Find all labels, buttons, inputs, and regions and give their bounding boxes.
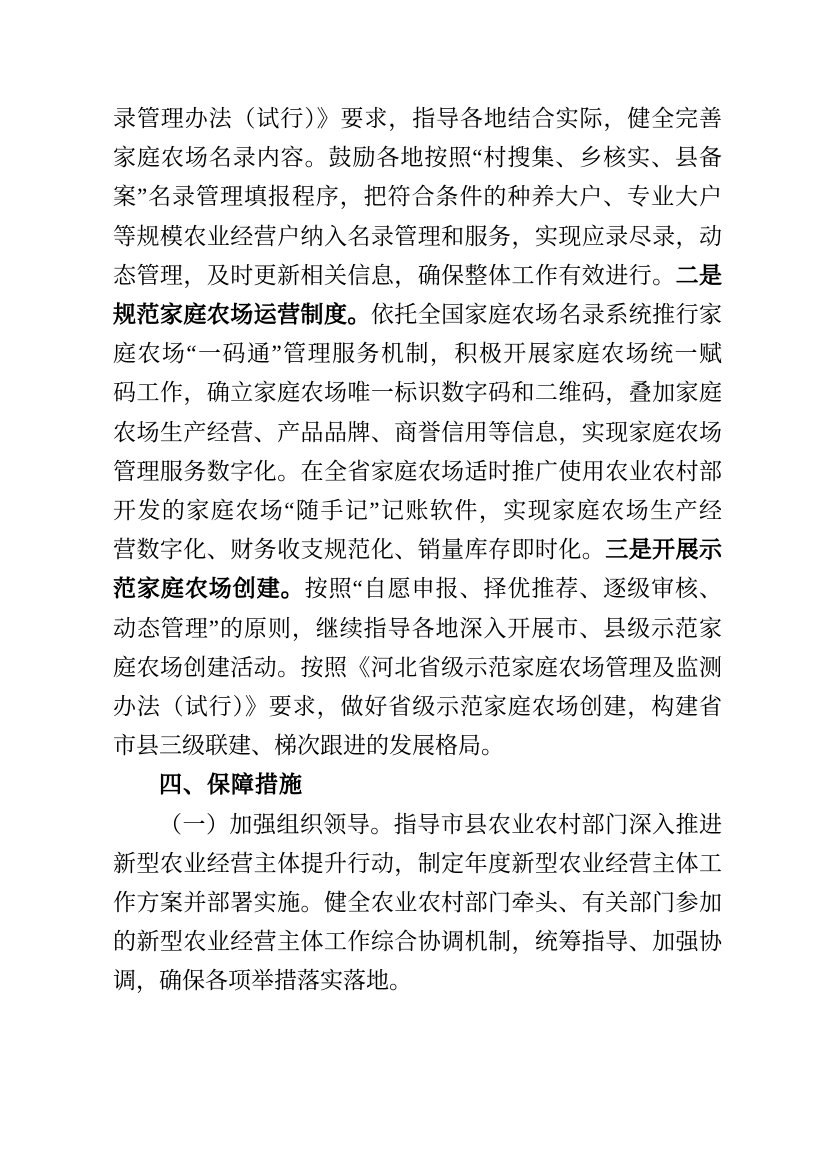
- text-run: 新型农业经营主体提升行动，制定年度新型农业经营主体工: [113, 851, 722, 876]
- document-line: 态管理，及时更新相关信息，确保整体工作有效进行。二是: [113, 256, 722, 295]
- document-line: 管理服务数字化。在全省家庭农场适时推广使用农业农村部: [113, 452, 722, 491]
- document-line: 动态管理”的原则，继续指导各地深入开展市、县级示范家: [113, 609, 722, 648]
- text-block: 录管理办法（试行）》要求，指导各地结合实际，健全完善家庭农场名录内容。鼓励各地按…: [113, 99, 722, 1001]
- text-run: 案”名录管理填报程序，把符合条件的种养大户、专业大户: [113, 184, 722, 209]
- text-run: 等规模农业经营户纳入名录管理和服务，实现应录尽录，动: [113, 224, 722, 249]
- text-run: 作方案并部署实施。健全农业农村部门牵头、有关部门参加: [113, 890, 722, 915]
- section-heading: 四、保障措施: [113, 765, 722, 804]
- emphasis-text-run: 三是开展示: [605, 537, 722, 562]
- document-line: 庭农场创建活动。按照《河北省级示范家庭农场管理及监测: [113, 648, 722, 687]
- text-run: 的新型农业经营主体工作综合协调机制，统筹指导、加强协: [113, 929, 722, 954]
- emphasis-text-run: 规范家庭农场运营制度。: [113, 302, 371, 327]
- text-run: 调，确保各项举措落实落地。: [113, 968, 412, 993]
- text-run: 码工作，确立家庭农场唯一标识数字码和二维码，叠加家庭: [113, 380, 722, 405]
- document-line: 调，确保各项举措落实落地。: [113, 961, 722, 1000]
- text-run: 态管理，及时更新相关信息，确保整体工作有效进行。: [113, 263, 676, 288]
- text-run: 庭农场“一码通”管理服务机制，积极开展家庭农场统一赋: [113, 341, 722, 366]
- document-line: （一）加强组织领导。指导市县农业农村部门深入推进: [113, 805, 722, 844]
- text-run: 动态管理”的原则，继续指导各地深入开展市、县级示范家: [113, 616, 722, 641]
- text-run: 指导市县农业农村部门深入推进: [394, 812, 722, 837]
- document-line: 范家庭农场创建。按照“自愿申报、择优推荐、逐级审核、: [113, 569, 722, 608]
- document-line: 庭农场“一码通”管理服务机制，积极开展家庭农场统一赋: [113, 334, 722, 373]
- emphasis-text-run: 四、保障措施: [159, 771, 303, 797]
- subheading-text-run: （一）加强组织领导。: [159, 812, 394, 837]
- text-run: 办法（试行）》要求，做好省级示范家庭农场创建，构建省: [113, 694, 722, 719]
- document-line: 家庭农场名录内容。鼓励各地按照“村搜集、乡核实、县备: [113, 138, 722, 177]
- document-line: 规范家庭农场运营制度。依托全国家庭农场名录系统推行家: [113, 295, 722, 334]
- text-run: 录管理办法（试行）》要求，指导各地结合实际，健全完善: [113, 106, 722, 131]
- document-line: 农场生产经营、产品品牌、商誉信用等信息，实现家庭农场: [113, 413, 722, 452]
- document-line: 录管理办法（试行）》要求，指导各地结合实际，健全完善: [113, 99, 722, 138]
- document-line: 的新型农业经营主体工作综合协调机制，统筹指导、加强协: [113, 922, 722, 961]
- text-run: 庭农场创建活动。按照《河北省级示范家庭农场管理及监测: [113, 655, 722, 680]
- text-run: 市县三级联建、梯次跟进的发展格局。: [113, 733, 504, 758]
- document-line: 等规模农业经营户纳入名录管理和服务，实现应录尽录，动: [113, 217, 722, 256]
- text-run: 依托全国家庭农场名录系统推行家: [371, 302, 722, 327]
- emphasis-text-run: 二是: [676, 263, 722, 288]
- document-line: 新型农业经营主体提升行动，制定年度新型农业经营主体工: [113, 844, 722, 883]
- document-line: 码工作，确立家庭农场唯一标识数字码和二维码，叠加家庭: [113, 373, 722, 412]
- document-line: 开发的家庭农场“随手记”记账软件，实现家庭农场生产经: [113, 491, 722, 530]
- document-line: 市县三级联建、梯次跟进的发展格局。: [113, 726, 722, 765]
- emphasis-text-run: 范家庭农场创建。: [113, 576, 305, 601]
- text-run: 家庭农场名录内容。鼓励各地按照“村搜集、乡核实、县备: [113, 145, 722, 170]
- document-page: 录管理办法（试行）》要求，指导各地结合实际，健全完善家庭农场名录内容。鼓励各地按…: [0, 0, 829, 1172]
- document-line: 办法（试行）》要求，做好省级示范家庭农场创建，构建省: [113, 687, 722, 726]
- text-run: 营数字化、财务收支规范化、销量库存即时化。: [113, 537, 605, 562]
- text-run: 管理服务数字化。在全省家庭农场适时推广使用农业农村部: [113, 459, 722, 484]
- text-run: 开发的家庭农场“随手记”记账软件，实现家庭农场生产经: [113, 498, 722, 523]
- document-line: 营数字化、财务收支规范化、销量库存即时化。三是开展示: [113, 530, 722, 569]
- document-line: 作方案并部署实施。健全农业农村部门牵头、有关部门参加: [113, 883, 722, 922]
- text-run: 农场生产经营、产品品牌、商誉信用等信息，实现家庭农场: [113, 420, 722, 445]
- text-run: 按照“自愿申报、择优推荐、逐级审核、: [305, 576, 722, 601]
- document-line: 案”名录管理填报程序，把符合条件的种养大户、专业大户: [113, 177, 722, 216]
